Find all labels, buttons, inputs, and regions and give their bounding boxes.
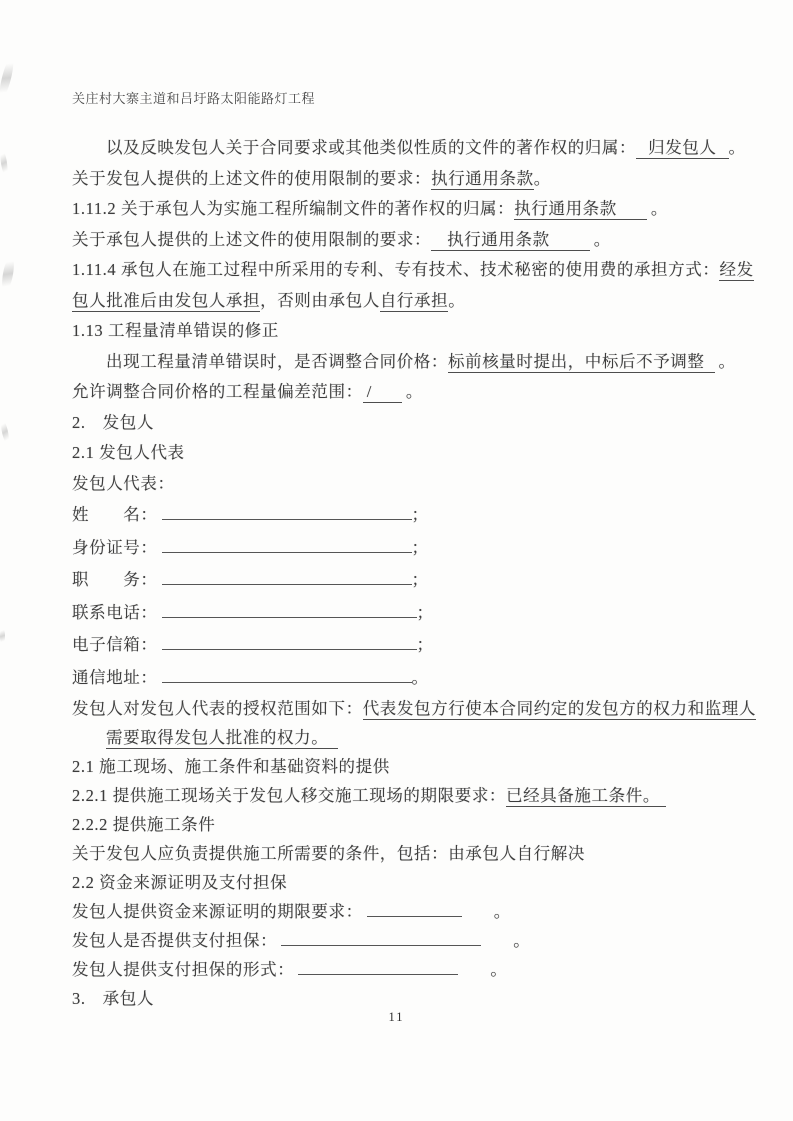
field-phone: 联系电话：； <box>72 597 747 630</box>
clause-text: 关于承包人提供的上述文件的使用限制的要求： <box>72 230 431 249</box>
line-authorization-scope-b: 需要取得发包人批准的权力。 <box>72 723 747 752</box>
scan-smudge <box>0 628 5 644</box>
punctuation: 。 <box>490 960 507 979</box>
clause-text: 发包人对发包人代表的授权范围如下： <box>72 699 363 718</box>
clause-text: 发包人提供支付担保的形式： <box>72 960 294 979</box>
line-conditions-provided: 关于发包人应负责提供施工所需要的条件，包括：由承包人自行解决 <box>72 839 747 868</box>
line-copyright-ownership: 以及反映发包人关于合同要求或其他类似性质的文件的著作权的归属：归发包人。 <box>72 133 747 164</box>
blank-field <box>298 959 458 975</box>
field-id-number: 身份证号：； <box>72 532 747 565</box>
filled-in-value: 经发 <box>719 260 753 281</box>
clause-text: 2.2.1 提供施工现场关于发包人移交施工现场的期限要求： <box>72 786 506 805</box>
punctuation: ； <box>412 505 429 524</box>
field-email: 电子信箱：； <box>72 629 747 662</box>
blank-field <box>162 667 412 683</box>
page-number: 11 <box>0 1010 793 1025</box>
clause-text: 1.11.4 承包人在施工过程中所采用的专利、专有技术、技术秘密的使用费的承担方… <box>72 260 719 279</box>
scan-smudge <box>0 56 16 101</box>
section-heading: 2.1 施工现场、施工条件和基础资料的提供 <box>72 757 390 776</box>
blank-field <box>162 504 412 520</box>
filled-in-value: 需要取得发包人批准的权力。 <box>106 728 338 749</box>
field-label: 通信地址： <box>72 668 158 687</box>
field-mailing-address: 通信地址：。 <box>72 662 747 695</box>
punctuation: 。 <box>729 138 746 157</box>
punctuation: 。 <box>402 382 423 401</box>
clause-text: 允许调整合同价格的工程量偏差范围： <box>72 382 363 401</box>
field-name: 姓 名：； <box>72 499 747 532</box>
blank-field <box>162 537 412 553</box>
line-1-11-4a: 1.11.4 承包人在施工过程中所采用的专利、专有技术、技术秘密的使用费的承担方… <box>72 255 747 286</box>
scan-smudge <box>0 150 9 177</box>
filled-in-value: / <box>363 382 402 403</box>
line-2-2-1-site-handover: 2.2.1 提供施工现场关于发包人移交施工现场的期限要求：已经具备施工条件。 <box>72 781 747 810</box>
section-2-2-funding-proof: 2.2 资金来源证明及支付担保 <box>72 868 747 897</box>
field-label: 姓 名： <box>72 505 158 524</box>
section-2-1-employer-representative: 2.1 发包人代表 <box>72 438 747 469</box>
scan-smudge <box>0 255 16 292</box>
section-heading: 2.2 资金来源证明及支付担保 <box>72 873 287 892</box>
filled-in-value: 标前核量时提出，中标后不予调整 <box>448 352 715 373</box>
clause-heading: 1.13 工程量清单错误的修正 <box>72 321 279 340</box>
line-1-11-4b: 包人批准后由发包人承担，否则由承包人自行承担。 <box>72 286 747 317</box>
blank-field <box>281 930 481 946</box>
line-funding-proof-deadline: 发包人提供资金来源证明的期限要求：。 <box>72 897 747 926</box>
punctuation: ； <box>417 603 434 622</box>
indent-spacer <box>72 728 106 747</box>
clause-text: 关于发包人应负责提供施工所需要的条件，包括：由承包人自行解决 <box>72 844 585 863</box>
filled-in-value: 执行通用条款 <box>431 169 534 190</box>
clause-text: 发包人代表： <box>72 474 175 493</box>
punctuation: 。 <box>534 169 551 188</box>
punctuation: ； <box>412 538 429 557</box>
filled-in-value: 已经具备施工条件。 <box>506 786 666 807</box>
line-employer-docs-usage-limit: 关于发包人提供的上述文件的使用限制的要求：执行通用条款。 <box>72 164 747 195</box>
section-2-employer: 2. 发包人 <box>72 408 747 439</box>
line-payment-guarantee-form: 发包人提供支付担保的形式：。 <box>72 955 747 984</box>
clause-text: 1.11.2 关于承包人为实施工程所编制文件的著作权的归属： <box>72 199 514 218</box>
line-quantity-deviation-range: 允许调整合同价格的工程量偏差范围：/。 <box>72 377 747 408</box>
field-label: 电子信箱： <box>72 635 158 654</box>
blank-field <box>162 634 417 650</box>
line-employer-representative-label: 发包人代表： <box>72 469 747 500</box>
field-label: 联系电话： <box>72 603 158 622</box>
line-2-2-2-construction-conditions: 2.2.2 提供施工条件 <box>72 810 747 839</box>
clause-text: 出现工程量清单错误时，是否调整合同价格： <box>72 352 448 371</box>
punctuation: 。 <box>513 931 530 950</box>
project-title-header: 关庄村大寨主道和吕圩路太阳能路灯工程 <box>72 88 747 107</box>
punctuation: 。 <box>715 352 736 371</box>
filled-in-value: 代表发包方行使本合同约定的发包方的权力和监理人 <box>363 699 756 720</box>
line-contractor-docs-usage-limit: 关于承包人提供的上述文件的使用限制的要求：执行通用条款。 <box>72 225 747 256</box>
clause-text: 关于发包人提供的上述文件的使用限制的要求： <box>72 169 431 188</box>
clause-text: ，否则由承包人 <box>260 291 380 310</box>
line-1-13-heading: 1.13 工程量清单错误的修正 <box>72 316 747 347</box>
punctuation: 。 <box>412 668 429 687</box>
clause-text: 发包人提供资金来源证明的期限要求： <box>72 902 363 921</box>
punctuation: 。 <box>647 199 668 218</box>
section-heading: 2.2.2 提供施工条件 <box>72 815 215 834</box>
punctuation: 。 <box>590 230 611 249</box>
filled-in-value: 包人批准后由发包人承担 <box>72 291 260 312</box>
punctuation: ； <box>412 570 429 589</box>
blank-field <box>162 602 417 618</box>
filled-in-value: 归发包人 <box>636 138 728 159</box>
section-2-1-site-conditions: 2.1 施工现场、施工条件和基础资料的提供 <box>72 752 747 781</box>
document-content: 关庄村大寨主道和吕圩路太阳能路灯工程 以及反映发包人关于合同要求或其他类似性质的… <box>72 88 747 1013</box>
section-3-contractor: 3. 承包人 <box>72 984 747 1013</box>
filled-in-value: 自行承担 <box>380 291 448 312</box>
line-authorization-scope-a: 发包人对发包人代表的授权范围如下：代表发包方行使本合同约定的发包方的权力和监理人 <box>72 694 747 723</box>
clause-text: 以及反映发包人关于合同要求或其他类似性质的文件的著作权的归属： <box>72 138 636 157</box>
filled-in-value: 执行通用条款 <box>514 199 647 220</box>
field-label: 职 务： <box>72 570 158 589</box>
line-boq-error-adjustment: 出现工程量清单错误时，是否调整合同价格：标前核量时提出，中标后不予调整。 <box>72 347 747 378</box>
line-1-11-2: 1.11.2 关于承包人为实施工程所编制文件的著作权的归属：执行通用条款。 <box>72 194 747 225</box>
scan-smudge <box>0 420 10 445</box>
line-payment-guarantee-provided: 发包人是否提供支付担保：。 <box>72 926 747 955</box>
blank-field <box>162 569 412 585</box>
filled-in-value: 执行通用条款 <box>431 230 590 251</box>
clause-text: 发包人是否提供支付担保： <box>72 931 277 950</box>
scanned-contract-page: 关庄村大寨主道和吕圩路太阳能路灯工程 以及反映发包人关于合同要求或其他类似性质的… <box>0 0 793 1121</box>
field-position: 职 务：； <box>72 564 747 597</box>
blank-field <box>367 901 462 917</box>
section-heading: 2.1 发包人代表 <box>72 443 185 462</box>
section-heading: 3. 承包人 <box>72 989 154 1008</box>
punctuation: ； <box>417 635 434 654</box>
punctuation: 。 <box>494 902 511 921</box>
field-label: 身份证号： <box>72 538 158 557</box>
section-heading: 2. 发包人 <box>72 413 154 432</box>
punctuation: 。 <box>448 291 465 310</box>
